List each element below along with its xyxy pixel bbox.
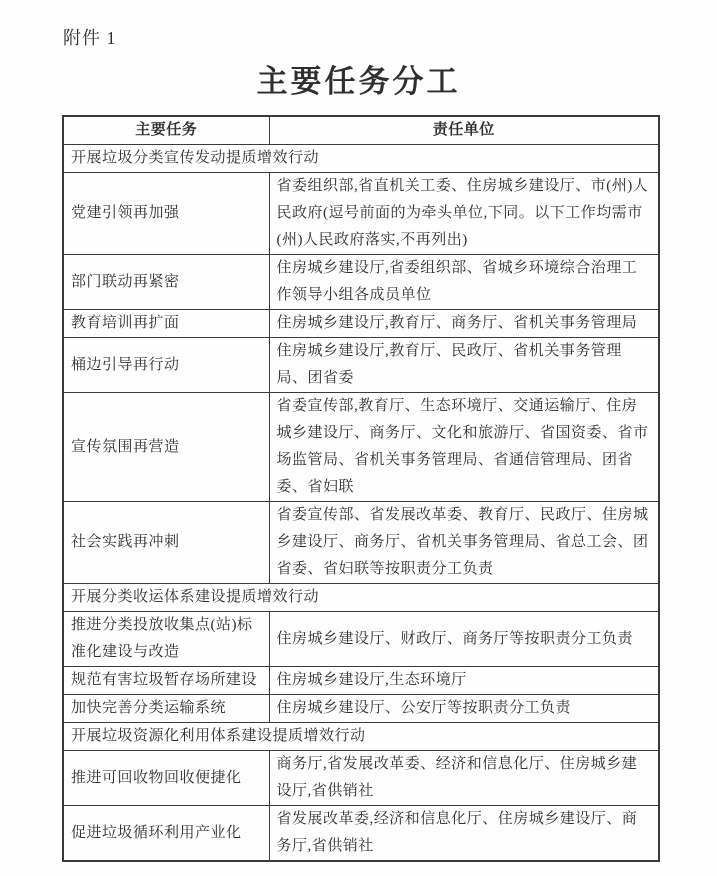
units-cell: 省委组织部,省直机关工委、住房城乡建设厅、市(州)人民政府(逗号前面的为牵头单位… (269, 173, 659, 255)
document-page: 附件 1 主要任务分工 主要任务 责任单位 开展垃圾分类宣传发动提质增效行动党建… (0, 0, 717, 876)
section-title-row: 开展分类收运体系建设提质增效行动 (63, 584, 659, 612)
attachment-label: 附件 1 (63, 24, 117, 50)
table-header: 主要任务 责任单位 (63, 116, 659, 145)
units-cell: 住房城乡建设厅,省委组织部、省城乡环境综合治理工作领导小组各成员单位 (269, 255, 659, 310)
table-row: 桶边引导再行动住房城乡建设厅,教育厅、民政厅、省机关事务管理局、团省委 (63, 338, 659, 393)
units-cell: 住房城乡建设厅,生态环境厅 (269, 667, 659, 695)
table-row: 推进分类投放收集点(站)标准化建设与改造住房城乡建设厅、财政厅、商务厅等按职责分… (63, 612, 659, 667)
table-body: 开展垃圾分类宣传发动提质增效行动党建引领再加强省委组织部,省直机关工委、住房城乡… (63, 145, 659, 862)
table-row: 部门联动再紧密住房城乡建设厅,省委组织部、省城乡环境综合治理工作领导小组各成员单… (63, 255, 659, 310)
task-cell: 推进分类投放收集点(站)标准化建设与改造 (63, 612, 269, 667)
table-row: 加快完善分类运输系统住房城乡建设厅、公安厅等按职责分工负责 (63, 695, 659, 723)
section-title-cell: 开展垃圾分类宣传发动提质增效行动 (63, 145, 659, 173)
task-cell: 宣传氛围再营造 (63, 393, 269, 502)
task-cell: 党建引领再加强 (63, 173, 269, 255)
page-title: 主要任务分工 (0, 56, 717, 101)
table-row: 规范有害垃圾暂存场所建设住房城乡建设厅,生态环境厅 (63, 667, 659, 695)
task-cell: 推进可回收物回收便捷化 (63, 751, 269, 806)
table-row: 教育培训再扩面住房城乡建设厅,教育厅、商务厅、省机关事务管理局 (63, 310, 659, 338)
task-cell: 教育培训再扩面 (63, 310, 269, 338)
table-row: 社会实践再冲刺省委宣传部、省发展改革委、教育厅、民政厅、住房城乡建设厅、商务厅、… (63, 502, 659, 584)
units-cell: 省委宣传部、省发展改革委、教育厅、民政厅、住房城乡建设厅、商务厅、省机关事务管理… (269, 502, 659, 584)
units-cell: 商务厅,省发展改革委、经济和信息化厅、住房城乡建设厅,省供销社 (269, 751, 659, 806)
task-cell: 促进垃圾循环利用产业化 (63, 806, 269, 862)
task-cell: 桶边引导再行动 (63, 338, 269, 393)
task-cell: 部门联动再紧密 (63, 255, 269, 310)
units-cell: 住房城乡建设厅,教育厅、商务厅、省机关事务管理局 (269, 310, 659, 338)
table-row: 宣传氛围再营造省委宣传部,教育厅、生态环境厅、交通运输厅、住房城乡建设厅、商务厅… (63, 393, 659, 502)
column-header-units: 责任单位 (269, 116, 659, 145)
section-title-row: 开展垃圾资源化利用体系建设提质增效行动 (63, 723, 659, 751)
section-title-row: 开展垃圾分类宣传发动提质增效行动 (63, 145, 659, 173)
units-cell: 住房城乡建设厅,教育厅、民政厅、省机关事务管理局、团省委 (269, 338, 659, 393)
column-header-task: 主要任务 (63, 116, 269, 145)
units-cell: 省委宣传部,教育厅、生态环境厅、交通运输厅、住房城乡建设厅、商务厅、文化和旅游厅… (269, 393, 659, 502)
task-division-table: 主要任务 责任单位 开展垃圾分类宣传发动提质增效行动党建引领再加强省委组织部,省… (62, 115, 660, 862)
units-cell: 住房城乡建设厅、财政厅、商务厅等按职责分工负责 (269, 612, 659, 667)
table-row: 党建引领再加强省委组织部,省直机关工委、住房城乡建设厅、市(州)人民政府(逗号前… (63, 173, 659, 255)
section-title-cell: 开展分类收运体系建设提质增效行动 (63, 584, 659, 612)
units-cell: 省发展改革委,经济和信息化厅、住房城乡建设厅、商务厅,省供销社 (269, 806, 659, 862)
task-cell: 加快完善分类运输系统 (63, 695, 269, 723)
header-row: 主要任务 责任单位 (63, 116, 659, 145)
task-cell: 规范有害垃圾暂存场所建设 (63, 667, 269, 695)
units-cell: 住房城乡建设厅、公安厅等按职责分工负责 (269, 695, 659, 723)
table-row: 促进垃圾循环利用产业化省发展改革委,经济和信息化厅、住房城乡建设厅、商务厅,省供… (63, 806, 659, 862)
task-cell: 社会实践再冲刺 (63, 502, 269, 584)
table-row: 推进可回收物回收便捷化商务厅,省发展改革委、经济和信息化厅、住房城乡建设厅,省供… (63, 751, 659, 806)
section-title-cell: 开展垃圾资源化利用体系建设提质增效行动 (63, 723, 659, 751)
